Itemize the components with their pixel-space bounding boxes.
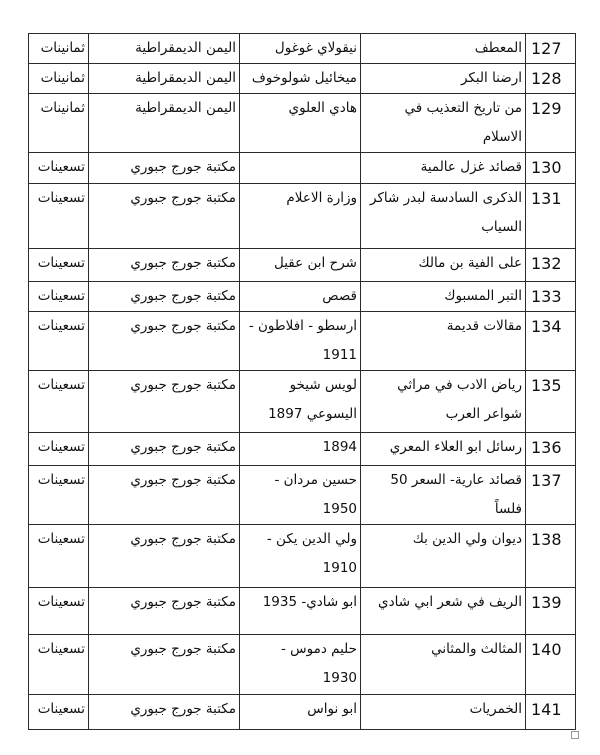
cell-row-number: 130 <box>526 153 576 184</box>
cell-era: تسعينات <box>29 249 89 282</box>
table-row: 127المعطفنيقولاي غوغولاليمن الديمقراطيةث… <box>29 34 576 64</box>
cell-author: ابو شادي- 1935 <box>240 588 361 635</box>
cell-author: ارسطو - افلاطون - 1911 <box>240 312 361 371</box>
cell-publisher: مكتبة جورج جبوري <box>89 635 240 695</box>
cell-author <box>240 153 361 184</box>
cell-era: ثمانينات <box>29 34 89 64</box>
cell-author: 1894 <box>240 433 361 466</box>
cell-row-number: 140 <box>526 635 576 695</box>
cell-row-number: 129 <box>526 94 576 153</box>
cell-era: تسعينات <box>29 588 89 635</box>
cell-row-number: 133 <box>526 282 576 312</box>
cell-book-title: رياض الادب في مراثي شواعر العرب <box>361 371 526 433</box>
table-row: 141الخمرياتابو نواسمكتبة جورج جبوريتسعين… <box>29 695 576 730</box>
table-row: 134مقالات قديمةارسطو - افلاطون - 1911مكت… <box>29 312 576 371</box>
cell-publisher: اليمن الديمقراطية <box>89 34 240 64</box>
cell-row-number: 131 <box>526 184 576 249</box>
cell-author: ابو نواس <box>240 695 361 730</box>
cell-publisher: اليمن الديمقراطية <box>89 94 240 153</box>
table-row: 128ارضنا البكرميخائيل شولوخوفاليمن الديم… <box>29 64 576 94</box>
cell-publisher: مكتبة جورج جبوري <box>89 695 240 730</box>
table-row: 139الريف في شعر ابي شاديابو شادي- 1935مك… <box>29 588 576 635</box>
cell-book-title: مقالات قديمة <box>361 312 526 371</box>
cell-author: هادي العلوي <box>240 94 361 153</box>
cell-author: وزارة الاعلام <box>240 184 361 249</box>
cell-row-number: 137 <box>526 466 576 525</box>
cell-publisher: مكتبة جورج جبوري <box>89 588 240 635</box>
cell-era: تسعينات <box>29 433 89 466</box>
cell-row-number: 135 <box>526 371 576 433</box>
cell-era: تسعينات <box>29 371 89 433</box>
cell-author: لويس شيخو اليسوعي 1897 <box>240 371 361 433</box>
cell-book-title: رسائل ابو العلاء المعري <box>361 433 526 466</box>
table-row: 137قصائد عارية- السعر 50 فلساًحسين مردان… <box>29 466 576 525</box>
cell-publisher: مكتبة جورج جبوري <box>89 153 240 184</box>
cell-book-title: قصائد عارية- السعر 50 فلساً <box>361 466 526 525</box>
cell-book-title: على الفية بن مالك <box>361 249 526 282</box>
cell-row-number: 138 <box>526 525 576 588</box>
cell-author: شرح ابن عقيل <box>240 249 361 282</box>
cell-book-title: الخمريات <box>361 695 526 730</box>
table-row: 132على الفية بن مالكشرح ابن عقيلمكتبة جو… <box>29 249 576 282</box>
cell-row-number: 132 <box>526 249 576 282</box>
cell-book-title: المعطف <box>361 34 526 64</box>
cell-publisher: مكتبة جورج جبوري <box>89 466 240 525</box>
cell-era: تسعينات <box>29 184 89 249</box>
cell-publisher: اليمن الديمقراطية <box>89 64 240 94</box>
cell-row-number: 134 <box>526 312 576 371</box>
cell-row-number: 127 <box>526 34 576 64</box>
cell-row-number: 136 <box>526 433 576 466</box>
cell-author: حسين مردان - 1950 <box>240 466 361 525</box>
cell-book-title: الريف في شعر ابي شادي <box>361 588 526 635</box>
table-row: 130قصائد غزل عالميةمكتبة جورج جبوريتسعين… <box>29 153 576 184</box>
cell-author: قصص <box>240 282 361 312</box>
cell-era: ثمانينات <box>29 94 89 153</box>
cell-publisher: مكتبة جورج جبوري <box>89 249 240 282</box>
table-resize-handle-icon[interactable] <box>571 731 579 739</box>
cell-publisher: مكتبة جورج جبوري <box>89 184 240 249</box>
table-row: 138ديوان ولي الدين بكولي الدين يكن - 191… <box>29 525 576 588</box>
cell-author: نيقولاي غوغول <box>240 34 361 64</box>
cell-author: حليم دموس - 1930 <box>240 635 361 695</box>
cell-era: تسعينات <box>29 635 89 695</box>
cell-row-number: 139 <box>526 588 576 635</box>
cell-book-title: ارضنا البكر <box>361 64 526 94</box>
table-row: 136رسائل ابو العلاء المعري1894مكتبة جورج… <box>29 433 576 466</box>
cell-era: تسعينات <box>29 466 89 525</box>
cell-book-title: التبر المسبوك <box>361 282 526 312</box>
cell-row-number: 128 <box>526 64 576 94</box>
table-row: 140المثالث والمثانيحليم دموس - 1930مكتبة… <box>29 635 576 695</box>
cell-era: تسعينات <box>29 282 89 312</box>
cell-publisher: مكتبة جورج جبوري <box>89 433 240 466</box>
table-row: 135رياض الادب في مراثي شواعر العربلويس ش… <box>29 371 576 433</box>
cell-era: تسعينات <box>29 525 89 588</box>
cell-book-title: الذكرى السادسة لبدر شاكر السياب <box>361 184 526 249</box>
table-row: 131الذكرى السادسة لبدر شاكر السيابوزارة … <box>29 184 576 249</box>
cell-author: ميخائيل شولوخوف <box>240 64 361 94</box>
cell-book-title: المثالث والمثاني <box>361 635 526 695</box>
cell-era: تسعينات <box>29 153 89 184</box>
cell-era: تسعينات <box>29 312 89 371</box>
cell-book-title: من تاريخ التعذيب في الاسلام <box>361 94 526 153</box>
table-row: 133التبر المسبوكقصصمكتبة جورج جبوريتسعين… <box>29 282 576 312</box>
cell-era: تسعينات <box>29 695 89 730</box>
table-row: 129من تاريخ التعذيب في الاسلامهادي العلو… <box>29 94 576 153</box>
cell-publisher: مكتبة جورج جبوري <box>89 312 240 371</box>
cell-author: ولي الدين يكن - 1910 <box>240 525 361 588</box>
cell-book-title: قصائد غزل عالمية <box>361 153 526 184</box>
document-page: 127المعطفنيقولاي غوغولاليمن الديمقراطيةث… <box>0 0 600 755</box>
cell-era: ثمانينات <box>29 64 89 94</box>
cell-publisher: مكتبة جورج جبوري <box>89 525 240 588</box>
books-table: 127المعطفنيقولاي غوغولاليمن الديمقراطيةث… <box>28 33 576 730</box>
books-table-body: 127المعطفنيقولاي غوغولاليمن الديمقراطيةث… <box>29 34 576 730</box>
cell-row-number: 141 <box>526 695 576 730</box>
cell-book-title: ديوان ولي الدين بك <box>361 525 526 588</box>
cell-publisher: مكتبة جورج جبوري <box>89 371 240 433</box>
cell-publisher: مكتبة جورج جبوري <box>89 282 240 312</box>
